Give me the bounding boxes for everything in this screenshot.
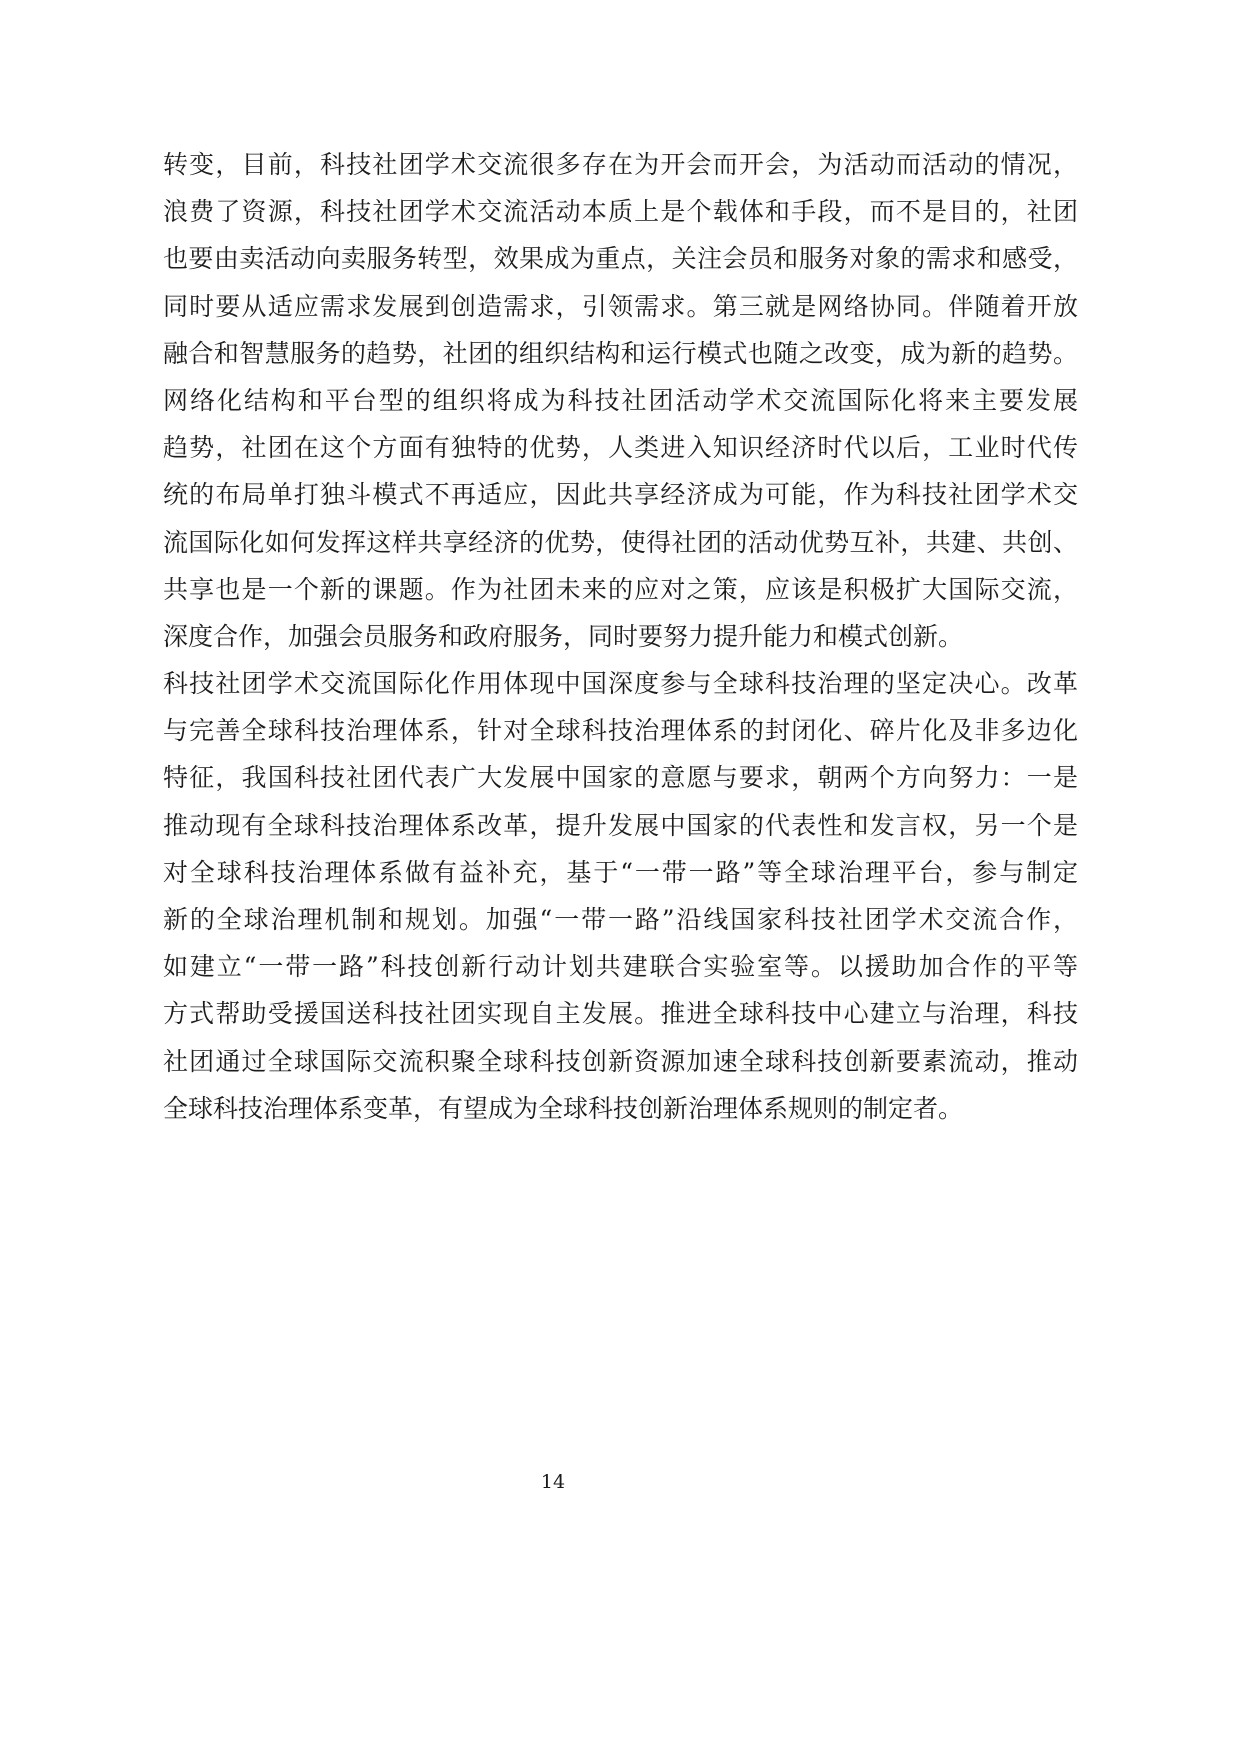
text-line: 同时要从适应需求发展到创造需求，引领需求。第三就是网络协同。伴随着开放 (163, 283, 1078, 330)
text-line: 也要由卖活动向卖服务转型，效果成为重点，关注会员和服务对象的需求和感受， (163, 235, 1078, 282)
text-line: 浪费了资源，科技社团学术交流活动本质上是个载体和手段，而不是目的，社团 (163, 188, 1078, 235)
document-page: 转变，目前，科技社团学术交流很多存在为开会而开会，为活动而活动的情况，浪费了资源… (0, 0, 1240, 1753)
text-line: 对全球科技治理体系做有益补充，基于“一带一路”等全球治理平台，参与制定 (163, 849, 1078, 896)
text-line: 全球科技治理体系变革，有望成为全球科技创新治理体系规则的制定者。 (163, 1085, 1078, 1132)
paragraph: 转变，目前，科技社团学术交流很多存在为开会而开会，为活动而活动的情况，浪费了资源… (163, 141, 1078, 660)
text-line: 统的布局单打独斗模式不再适应，因此共享经济成为可能，作为科技社团学术交 (163, 471, 1078, 518)
text-line: 网络化结构和平台型的组织将成为科技社团活动学术交流国际化将来主要发展 (163, 377, 1078, 424)
text-line: 如建立“一带一路”科技创新行动计划共建联合实验室等。以援助加合作的平等 (163, 943, 1078, 990)
text-line: 融合和智慧服务的趋势，社团的组织结构和运行模式也随之改变，成为新的趋势。 (163, 330, 1078, 377)
text-line: 新的全球治理机制和规划。加强“一带一路”沿线国家科技社团学术交流合作， (163, 896, 1078, 943)
text-line: 科技社团学术交流国际化作用体现中国深度参与全球科技治理的坚定决心。改革 (163, 660, 1078, 707)
text-line: 推动现有全球科技治理体系改革，提升发展中国家的代表性和发言权，另一个是 (163, 802, 1078, 849)
text-line: 特征，我国科技社团代表广大发展中国家的意愿与要求，朝两个方向努力：一是 (163, 754, 1078, 801)
text-line: 深度合作，加强会员服务和政府服务，同时要努力提升能力和模式创新。 (163, 613, 1078, 660)
text-line: 流国际化如何发挥这样共享经济的优势，使得社团的活动优势互补，共建、共创、 (163, 519, 1078, 566)
text-line: 共享也是一个新的课题。作为社团未来的应对之策，应该是积极扩大国际交流， (163, 566, 1078, 613)
text-line: 转变，目前，科技社团学术交流很多存在为开会而开会，为活动而活动的情况， (163, 141, 1078, 188)
text-line: 与完善全球科技治理体系，针对全球科技治理体系的封闭化、碎片化及非多边化 (163, 707, 1078, 754)
page-number: 14 (541, 1470, 565, 1494)
text-line: 方式帮助受援国送科技社团实现自主发展。推进全球科技中心建立与治理，科技 (163, 990, 1078, 1037)
text-line: 趋势，社团在这个方面有独特的优势，人类进入知识经济时代以后，工业时代传 (163, 424, 1078, 471)
document-body: 转变，目前，科技社团学术交流很多存在为开会而开会，为活动而活动的情况，浪费了资源… (163, 141, 1078, 1132)
text-line: 社团通过全球国际交流积聚全球科技创新资源加速全球科技创新要素流动，推动 (163, 1038, 1078, 1085)
paragraph: 科技社团学术交流国际化作用体现中国深度参与全球科技治理的坚定决心。改革与完善全球… (163, 660, 1078, 1132)
